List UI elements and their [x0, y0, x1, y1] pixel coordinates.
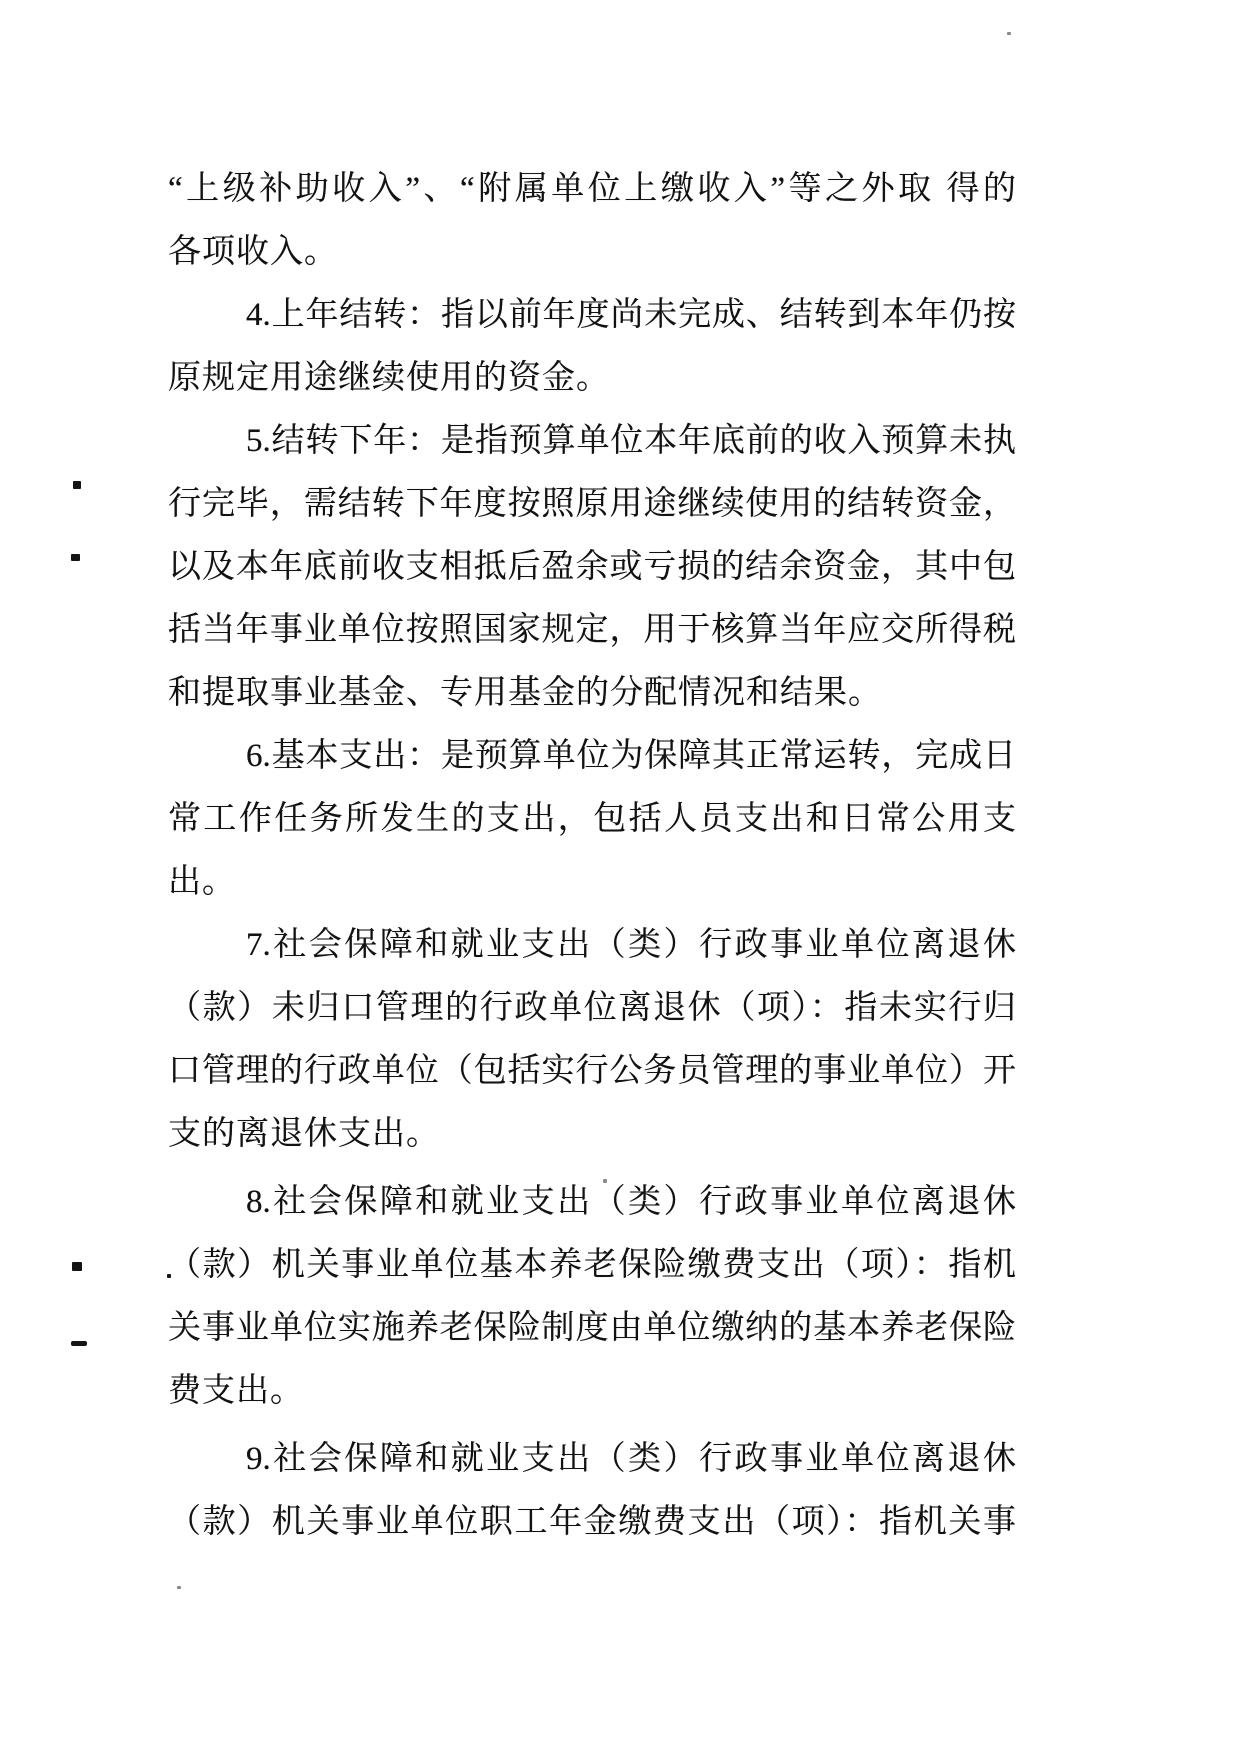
text-line: 出。 — [168, 851, 1016, 914]
scanned-document-page: “上级补助收入”、“附属单位上缴收入”等之外取 得的 各项收入。 4.上年结转：… — [0, 0, 1240, 1753]
scan-speck — [603, 1179, 607, 1183]
scan-speck — [73, 481, 81, 489]
text-line: （款）未归口管理的行政单位离退休（项）：指未实行归 — [168, 977, 1016, 1040]
scan-speck — [177, 1586, 181, 1589]
text-line: 以及本年底前收支相抵后盈余或亏损的结余资金，其中包 — [168, 536, 1016, 599]
document-text-block: “上级补助收入”、“附属单位上缴收入”等之外取 得的 各项收入。 4.上年结转：… — [168, 158, 1016, 1554]
scan-speck — [72, 1262, 82, 1271]
text-line: 各项收入。 — [168, 221, 1016, 284]
text-line: 7.社会保障和就业支出（类）行政事业单位离退休 — [168, 914, 1016, 977]
text-line: 关事业单位实施养老保险制度由单位缴纳的基本养老保险 — [168, 1297, 1016, 1360]
text-line: 费支出。 — [168, 1360, 1016, 1423]
scan-speck — [1007, 32, 1011, 35]
text-line: 6.基本支出：是预算单位为保障其正常运转，完成日 — [168, 725, 1016, 788]
text-line: 5.结转下年：是指预算单位本年底前的收入预算未执 — [168, 410, 1016, 473]
text-line: “上级补助收入”、“附属单位上缴收入”等之外取 得的 — [168, 158, 1016, 221]
text-line: 8.社会保障和就业支出（类）行政事业单位离退休 — [168, 1171, 1016, 1234]
text-line: （款）机关事业单位基本养老保险缴费支出（项）：指机 — [168, 1234, 1016, 1297]
scan-speck — [167, 1274, 171, 1278]
text-line: 9.社会保障和就业支出（类）行政事业单位离退休 — [168, 1428, 1016, 1491]
text-line: 口管理的行政单位（包括实行公务员管理的事业单位）开 — [168, 1040, 1016, 1103]
text-line: 支的离退休支出。 — [168, 1103, 1016, 1166]
text-line: 4.上年结转：指以前年度尚未完成、结转到本年仍按 — [168, 284, 1016, 347]
text-line: 和提取事业基金、专用基金的分配情况和结果。 — [168, 662, 1016, 725]
text-line: 括当年事业单位按照国家规定，用于核算当年应交所得税 — [168, 599, 1016, 662]
text-line: 行完毕，需结转下年度按照原用途继续使用的结转资金， — [168, 473, 1016, 536]
scan-speck — [71, 554, 80, 561]
text-line: （款）机关事业单位职工年金缴费支出（项）：指机关事 — [168, 1491, 1016, 1554]
text-line: 原规定用途继续使用的资金。 — [168, 347, 1016, 410]
scan-dash — [71, 1341, 87, 1346]
text-line: 常工作任务所发生的支出，包括人员支出和日常公用支 — [168, 788, 1016, 851]
